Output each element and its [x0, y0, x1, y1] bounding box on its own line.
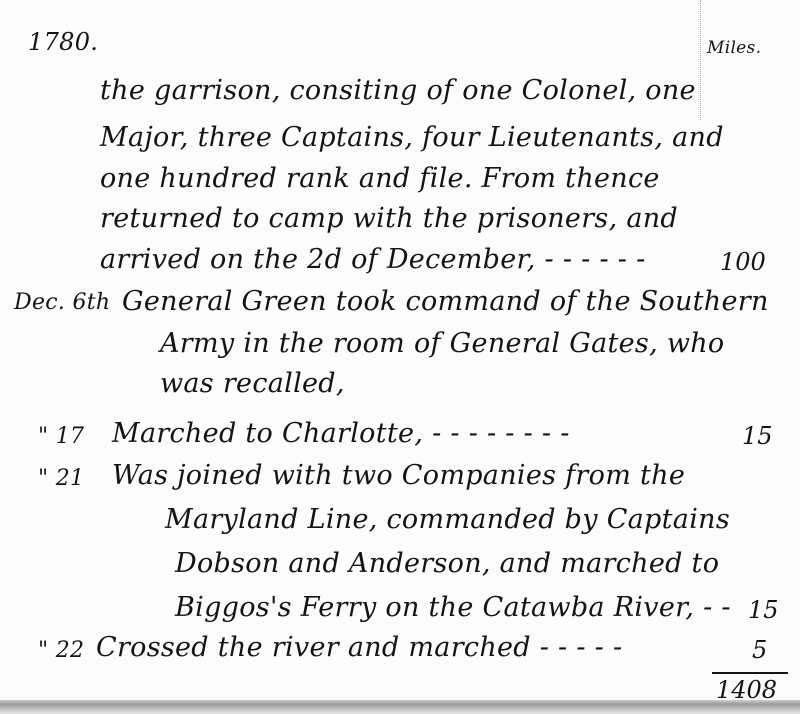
entry-line: was recalled,: [160, 368, 345, 399]
entry-date: " 17: [38, 424, 84, 449]
entry-line: Major, three Captains, four Lieutenants,…: [100, 122, 724, 153]
miles-value: 15: [748, 596, 779, 624]
page-year: 1780.: [28, 28, 98, 56]
entry-line: one hundred rank and file. From thence: [100, 163, 660, 194]
journal-page: 1780. Miles. the garrison, consiting of …: [0, 0, 800, 714]
entry-line: Crossed the river and marched - - - - -: [96, 632, 622, 663]
entry-line: Biggos's Ferry on the Catawba River, - -: [175, 592, 731, 623]
miles-value: 100: [720, 248, 766, 276]
miles-value: 5: [752, 636, 767, 664]
entry-line: Dobson and Anderson, and marched to: [175, 548, 719, 579]
entry-line: General Green took command of the Southe…: [122, 286, 769, 317]
entry-date: Dec. 6th: [14, 290, 110, 315]
entry-line: Was joined with two Companies from the: [112, 460, 685, 491]
entry-date: " 22: [38, 638, 84, 663]
miles-column-rule: [700, 0, 701, 120]
entry-line: Army in the room of General Gates, who: [160, 328, 725, 359]
entry-line: the garrison, consiting of one Colonel, …: [100, 75, 696, 106]
entry-line: arrived on the 2d of December, - - - - -…: [100, 244, 646, 275]
miles-column-header: Miles.: [707, 38, 761, 58]
entry-line: Marched to Charlotte, - - - - - - - -: [112, 418, 570, 449]
entry-line: returned to camp with the prisoners, and: [100, 203, 678, 234]
miles-value: 15: [742, 422, 773, 450]
entry-line: Maryland Line, commanded by Captains: [165, 504, 730, 535]
entry-date: " 21: [38, 466, 84, 491]
total-rule: [712, 672, 788, 674]
page-bottom-edge: [0, 700, 800, 714]
